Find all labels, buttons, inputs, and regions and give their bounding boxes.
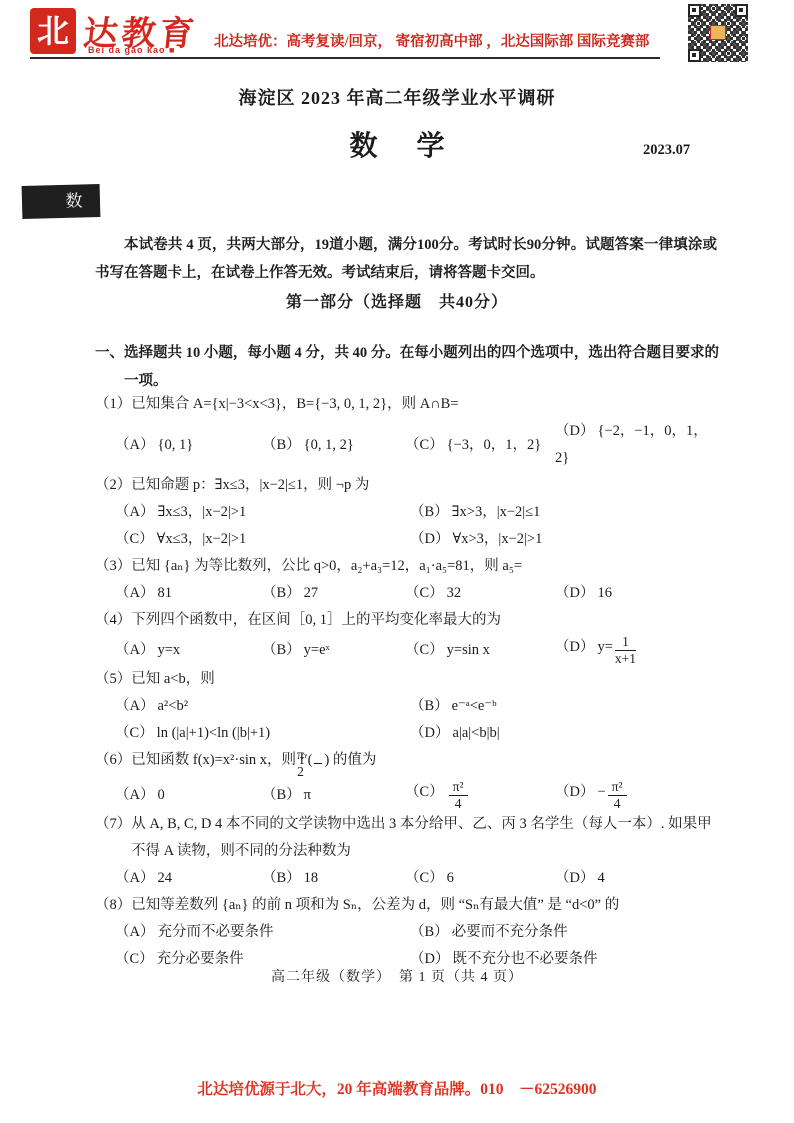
option-content: 6 — [447, 870, 454, 886]
bottom-banner-text: 北达培优源于北大，20 年高端教育品牌。010 －62526900 — [0, 1077, 794, 1099]
question-number: （6） — [95, 752, 131, 768]
answer-option: （A）24 — [115, 865, 262, 892]
option-label: （C） — [405, 437, 444, 453]
option-label: （D） — [555, 639, 594, 655]
question-number: （5） — [95, 671, 131, 687]
text-segment: y=x — [157, 642, 180, 658]
fraction: 1x+1 — [615, 634, 636, 666]
answer-option: （C）32 — [405, 580, 555, 607]
question-6: （6）已知函数 f(x)=x²·sin x，则 f′(π2) 的值为（A）0（B… — [95, 747, 715, 811]
option-label: （C） — [405, 585, 444, 601]
answer-option: （C）π²4 — [405, 779, 555, 811]
text-segment: 已知 a<b，则 — [131, 671, 215, 687]
qr-finder-icon — [688, 49, 701, 62]
fraction: π²4 — [449, 779, 468, 811]
part1-heading: 第一部分（选择题 共40分） — [0, 289, 794, 312]
option-content: 27 — [304, 585, 319, 601]
option-label: （B） — [262, 787, 301, 803]
answer-option: （D）a|a|<b|b| — [410, 720, 715, 747]
option-content: a|a|<b|b| — [452, 725, 499, 741]
answer-option: （B）y=eˣ — [262, 637, 405, 664]
question-number: （4） — [95, 612, 131, 628]
text-segment: 已知集合 A={x|−3<x<3}，B={−3, 0, 1, 2}，则 A∩B= — [131, 396, 458, 412]
answer-option: （C）∀x≤3，|x−2|>1 — [115, 526, 410, 553]
text-segment: 已知等差数列 {aₙ} 的前 n 项和为 Sₙ，公差为 d，则 “Sₙ有最大值”… — [131, 897, 619, 913]
text-segment: a|a|<b|b| — [452, 725, 499, 741]
option-content: y=1x+1 — [597, 639, 638, 655]
text-segment: y=eˣ — [304, 642, 330, 658]
option-content: ∀x>3，|x−2|>1 — [452, 531, 542, 547]
option-label: （C） — [405, 642, 444, 658]
question-stem: （4）下列四个函数中，在区间［0, 1］上的平均变化率最大的为 — [95, 607, 715, 634]
answer-option: （B）必要而不充分条件 — [410, 919, 715, 946]
option-label: （B） — [410, 924, 449, 940]
question-number: （3） — [95, 558, 131, 574]
answer-option: （D）16 — [555, 580, 715, 607]
answer-option: （C）6 — [405, 865, 555, 892]
fraction-denominator: 2 — [314, 764, 322, 780]
option-content: {0, 1} — [157, 437, 193, 453]
option-content: 24 — [157, 870, 172, 886]
section1-instructions: 一、选择题共 10 小题，每小题 4 分，共 40 分。在每小题列出的四个选项中… — [95, 339, 719, 395]
answer-option: （D）∀x>3，|x−2|>1 — [410, 526, 715, 553]
fraction: π²4 — [608, 779, 627, 811]
option-label: （C） — [405, 870, 444, 886]
option-content: 16 — [597, 585, 612, 601]
fraction-numerator: π — [314, 747, 322, 764]
option-label: （B） — [410, 504, 449, 520]
question-7: （7）从 A, B, C, D 4 本不同的文学读物中选出 3 本分给甲、乙、丙… — [95, 811, 715, 892]
question-stem: （2）已知命题 p：∃x≤3，|x−2|≤1，则 ¬p 为 — [95, 472, 715, 499]
text-segment: 既不充分也不必要条件 — [452, 951, 597, 967]
answer-option: （C）y=sin x — [405, 637, 555, 664]
text-segment: y=sin x — [447, 642, 490, 658]
question-stem: （8）已知等差数列 {aₙ} 的前 n 项和为 Sₙ，公差为 d，则 “Sₙ有最… — [95, 892, 715, 919]
question-options: （A）0（B）π（C）π²4（D）−π²4 — [95, 779, 715, 811]
option-content: y=sin x — [447, 642, 490, 658]
exam-instructions: 本试卷共 4 页，共两大部分，19道小题，满分100分。考试时长90分钟。试题答… — [95, 231, 717, 287]
option-content: ∀x≤3，|x−2|>1 — [157, 531, 247, 547]
answer-option: （D）y=1x+1 — [555, 634, 715, 666]
brand-subtitle: Bei da gao kao ■ — [88, 45, 175, 55]
text-segment: e⁻ᵃ<e⁻ᵇ — [452, 698, 497, 714]
option-label: （D） — [555, 423, 594, 439]
option-label: （A） — [115, 642, 154, 658]
answer-option: （D）{−2，−1，0，1，2} — [555, 418, 715, 472]
answer-option: （A）a²<b² — [115, 693, 410, 720]
text-segment: ∀x≤3，|x−2|>1 — [157, 531, 247, 547]
option-label: （B） — [262, 437, 301, 453]
option-content: 0 — [157, 787, 164, 803]
question-stem: （6）已知函数 f(x)=x²·sin x，则 f′(π2) 的值为 — [95, 747, 715, 779]
option-label: （A） — [115, 698, 154, 714]
answer-option: （B）π — [262, 782, 405, 809]
brand-seal-logo: 北 — [30, 8, 76, 54]
text-segment: 下列四个函数中，在区间［0, 1］上的平均变化率最大的为 — [131, 612, 501, 628]
answer-option: （D）4 — [555, 865, 715, 892]
option-label: （D） — [410, 725, 449, 741]
text-segment: 从 A, B, C, D 4 本不同的文学读物中选出 3 本分给甲、乙、丙 3 … — [131, 816, 712, 859]
fraction-numerator: π² — [608, 779, 627, 796]
question-3: （3）已知 {aₙ} 为等比数列，公比 q>0，a₂+a₃=12，a₁·a₅=8… — [95, 553, 715, 607]
answer-option: （C）{−3，0，1，2} — [405, 432, 555, 459]
qr-finder-icon — [688, 4, 701, 17]
questions-list: （1）已知集合 A={x|−3<x<3}，B={−3, 0, 1, 2}，则 A… — [95, 391, 715, 973]
option-content: 81 — [157, 585, 172, 601]
text-segment: {0, 1, 2} — [304, 437, 354, 453]
question-options: （A）y=x（B）y=eˣ（C）y=sin x（D）y=1x+1 — [95, 634, 715, 666]
option-content: −π²4 — [597, 784, 628, 800]
option-label: （B） — [262, 642, 301, 658]
text-segment: − — [597, 784, 605, 800]
header-banner-text: 北达培优：高考复读/回京， 寄宿初高中部 ，北达国际部 国际竞赛部 — [214, 30, 674, 51]
option-label: （C） — [115, 951, 154, 967]
text-segment: 充分必要条件 — [157, 951, 244, 967]
option-content: 既不充分也不必要条件 — [452, 951, 597, 967]
option-content: 32 — [447, 585, 462, 601]
question-options: （A）a²<b²（B）e⁻ᵃ<e⁻ᵇ（C）ln (|a|+1)<ln (|b|+… — [95, 693, 715, 747]
option-content: 18 — [304, 870, 319, 886]
header-divider — [30, 57, 660, 59]
answer-option: （B）{0, 1, 2} — [262, 432, 405, 459]
question-options: （A）∃x≤3，|x−2|>1（B）∃x>3，|x−2|≤1（C）∀x≤3，|x… — [95, 499, 715, 553]
option-label: （A） — [115, 585, 154, 601]
option-label: （A） — [115, 924, 154, 940]
text-segment: {0, 1} — [157, 437, 193, 453]
answer-option: （A）∃x≤3，|x−2|>1 — [115, 499, 410, 526]
option-label: （A） — [115, 437, 154, 453]
option-label: （C） — [115, 725, 154, 741]
text-segment: 已知函数 f(x)=x²·sin x，则 f′( — [131, 752, 312, 768]
option-label: （D） — [555, 585, 594, 601]
text-segment: y= — [597, 639, 612, 655]
option-content: y=eˣ — [304, 642, 330, 658]
option-content: {0, 1, 2} — [304, 437, 354, 453]
option-content: ln (|a|+1)<ln (|b|+1) — [157, 725, 270, 741]
exam-date: 2023.07 — [643, 142, 690, 159]
question-stem: （3）已知 {aₙ} 为等比数列，公比 q>0，a₂+a₃=12，a₁·a₅=8… — [95, 553, 715, 580]
text-segment: 6 — [447, 870, 454, 886]
question-options: （A）81（B）27（C）32（D）16 — [95, 580, 715, 607]
answer-option: （A）充分而不必要条件 — [115, 919, 410, 946]
text-segment: ∃x≤3，|x−2|>1 — [157, 504, 246, 520]
text-segment: 18 — [304, 870, 319, 886]
option-content: π²4 — [447, 784, 470, 800]
fraction: π2 — [314, 747, 322, 779]
text-segment: 已知 {aₙ} 为等比数列，公比 q>0，a₂+a₃=12，a₁·a₅=81，则… — [131, 558, 522, 574]
text-segment: ) 的值为 — [324, 752, 376, 768]
margin-subject-tab: 数 — [22, 184, 101, 219]
option-content: ∃x>3，|x−2|≤1 — [452, 504, 541, 520]
option-label: （C） — [405, 784, 444, 800]
exam-title: 海淀区 2023 年高二年级学业水平调研 — [0, 84, 794, 110]
text-segment: 81 — [157, 585, 172, 601]
answer-option: （A）0 — [115, 782, 262, 809]
question-stem: （7）从 A, B, C, D 4 本不同的文学读物中选出 3 本分给甲、乙、丙… — [95, 811, 715, 865]
text-segment: 32 — [447, 585, 462, 601]
option-label: （A） — [115, 504, 154, 520]
option-label: （B） — [410, 698, 449, 714]
answer-option: （A）81 — [115, 580, 262, 607]
fraction-denominator: 4 — [449, 796, 468, 812]
option-content: y=x — [157, 642, 180, 658]
answer-option: （B）∃x>3，|x−2|≤1 — [410, 499, 715, 526]
question-number: （8） — [95, 897, 131, 913]
option-label: （D） — [555, 870, 594, 886]
answer-option: （B）18 — [262, 865, 405, 892]
text-segment: a²<b² — [157, 698, 188, 714]
question-number: （7） — [95, 816, 131, 832]
text-segment: 16 — [597, 585, 612, 601]
qr-finder-icon — [735, 4, 748, 17]
question-5: （5）已知 a<b，则（A）a²<b²（B）e⁻ᵃ<e⁻ᵇ（C）ln (|a|+… — [95, 666, 715, 747]
question-options: （A）24（B）18（C）6（D）4 — [95, 865, 715, 892]
option-label: （B） — [262, 585, 301, 601]
text-segment: {−3，0，1，2} — [447, 437, 542, 453]
option-label: （A） — [115, 787, 154, 803]
question-8: （8）已知等差数列 {aₙ} 的前 n 项和为 Sₙ，公差为 d，则 “Sₙ有最… — [95, 892, 715, 973]
option-label: （D） — [410, 951, 449, 967]
question-number: （1） — [95, 396, 131, 412]
question-stem: （5）已知 a<b，则 — [95, 666, 715, 693]
question-stem: （1）已知集合 A={x|−3<x<3}，B={−3, 0, 1, 2}，则 A… — [95, 391, 715, 418]
option-label: （D） — [555, 784, 594, 800]
fraction-denominator: 4 — [608, 796, 627, 812]
option-content: 4 — [597, 870, 604, 886]
fraction-numerator: 1 — [615, 634, 636, 651]
option-label: （A） — [115, 870, 154, 886]
answer-option: （A）y=x — [115, 637, 262, 664]
text-segment: 4 — [597, 870, 604, 886]
qr-center-logo — [710, 25, 726, 40]
option-label: （B） — [262, 870, 301, 886]
option-content: ∃x≤3，|x−2|>1 — [157, 504, 246, 520]
option-label: （D） — [410, 531, 449, 547]
text-segment: 已知命题 p：∃x≤3，|x−2|≤1，则 ¬p 为 — [131, 477, 369, 493]
answer-option: （D）−π²4 — [555, 779, 715, 811]
text-segment: 27 — [304, 585, 319, 601]
option-content: a²<b² — [157, 698, 188, 714]
page-footer: 高二年级（数学） 第 1 页（共 4 页） — [0, 966, 794, 986]
question-1: （1）已知集合 A={x|−3<x<3}，B={−3, 0, 1, 2}，则 A… — [95, 391, 715, 472]
text-segment: 0 — [157, 787, 164, 803]
text-segment: ln (|a|+1)<ln (|b|+1) — [157, 725, 270, 741]
option-content: π — [304, 787, 311, 803]
option-content: 必要而不充分条件 — [452, 924, 568, 940]
fraction-numerator: π² — [449, 779, 468, 796]
question-4: （4）下列四个函数中，在区间［0, 1］上的平均变化率最大的为（A）y=x（B）… — [95, 607, 715, 666]
text-segment: 充分而不必要条件 — [157, 924, 273, 940]
text-segment: 24 — [157, 870, 172, 886]
question-number: （2） — [95, 477, 131, 493]
option-content: {−3，0，1，2} — [447, 437, 542, 453]
answer-option: （C）ln (|a|+1)<ln (|b|+1) — [115, 720, 410, 747]
question-options: （A）充分而不必要条件（B）必要而不充分条件（C）充分必要条件（D）既不充分也不… — [95, 919, 715, 973]
text-segment: 必要而不充分条件 — [452, 924, 568, 940]
fraction-denominator: x+1 — [615, 651, 636, 667]
question-2: （2）已知命题 p：∃x≤3，|x−2|≤1，则 ¬p 为（A）∃x≤3，|x−… — [95, 472, 715, 553]
text-segment: ∃x>3，|x−2|≤1 — [452, 504, 541, 520]
qr-code — [688, 4, 748, 62]
option-content: 充分而不必要条件 — [157, 924, 273, 940]
option-content: e⁻ᵃ<e⁻ᵇ — [452, 698, 497, 714]
option-content: 充分必要条件 — [157, 951, 244, 967]
answer-option: （A）{0, 1} — [115, 432, 262, 459]
option-label: （C） — [115, 531, 154, 547]
exam-page: 北 达教育 Bei da gao kao ■ 北达培优：高考复读/回京， 寄宿初… — [0, 0, 794, 1123]
text-segment: π — [304, 787, 311, 803]
answer-option: （B）e⁻ᵃ<e⁻ᵇ — [410, 693, 715, 720]
text-segment: ∀x>3，|x−2|>1 — [452, 531, 542, 547]
question-options: （A）{0, 1}（B）{0, 1, 2}（C）{−3，0，1，2}（D）{−2… — [95, 418, 715, 472]
answer-option: （B）27 — [262, 580, 405, 607]
